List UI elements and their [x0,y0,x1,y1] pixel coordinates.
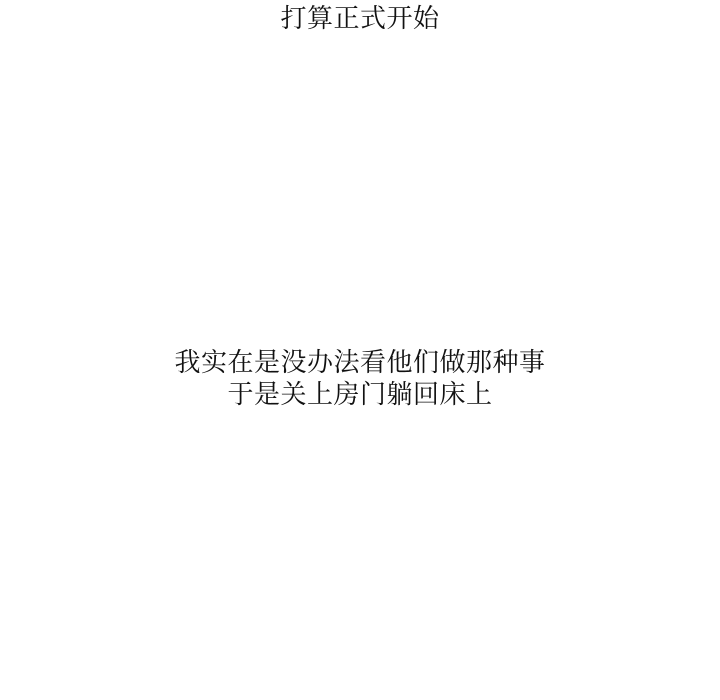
comic-page: 打算正式开始 我实在是没办法看他们做那种事 于是关上房门躺回床上 [0,0,720,700]
caption-middle-line-1: 我实在是没办法看他们做那种事 [0,346,720,378]
caption-top-line: 打算正式开始 [0,2,720,34]
caption-top: 打算正式开始 [0,2,720,34]
caption-middle: 我实在是没办法看他们做那种事 于是关上房门躺回床上 [0,346,720,410]
caption-middle-line-2: 于是关上房门躺回床上 [0,378,720,410]
